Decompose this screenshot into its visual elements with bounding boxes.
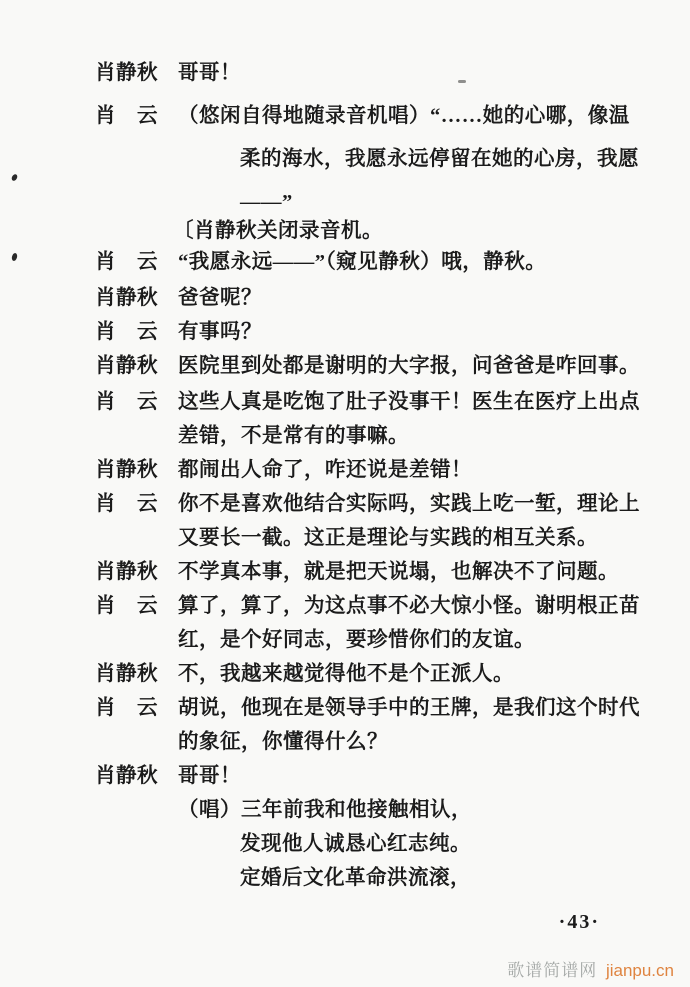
script-line: 肖 云 你不是喜欢他结合实际吗，实践上吃一堑，理论上 bbox=[95, 487, 650, 521]
stage-direction: 〔肖静秋关闭录音机。 bbox=[173, 214, 650, 248]
script-line: 肖 云 这些人真是吃饱了肚子没事干！医生在医疗上出点 bbox=[95, 385, 650, 419]
dialogue-text: 医院里到处都是谢明的大字报，问爸爸是咋回事。 bbox=[178, 349, 650, 383]
speaker-name: 肖 云 bbox=[95, 487, 178, 521]
speaker-name: 肖 云 bbox=[95, 315, 178, 349]
script-line: 柔的海水，我愿永远停留在她的心房，我愿 bbox=[95, 142, 650, 176]
speaker-name: 肖静秋 bbox=[95, 657, 178, 691]
dialogue-text: 红，是个好同志，要珍惜你们的友谊。 bbox=[178, 623, 650, 657]
speaker-name: 肖 云 bbox=[95, 691, 178, 725]
dialogue-text: 哥哥！ bbox=[178, 56, 650, 90]
watermark: 歌谱简谱网 jianpu.cn bbox=[507, 961, 674, 981]
page-number: ·43· bbox=[95, 905, 650, 939]
speaker-name: 肖静秋 bbox=[95, 555, 178, 589]
script-line: （唱）三年前我和他接触相认， bbox=[95, 793, 650, 827]
song-line: 定婚后文化革命洪流滚， bbox=[178, 861, 650, 895]
speaker-name: 肖 云 bbox=[95, 245, 178, 279]
script-line: 肖 云 算了，算了，为这点事不必大惊小怪。谢明根正苗 bbox=[95, 589, 650, 623]
song-cue: （唱）三年前我和他接触相认， bbox=[178, 793, 650, 827]
script-line: 的象征，你懂得什么？ bbox=[95, 725, 650, 759]
script-text-block: 肖静秋 哥哥！ 肖 云 （悠闲自得地随录音机唱）“……她的心哪，像温 柔的海水，… bbox=[95, 56, 650, 939]
speaker-name: 肖静秋 bbox=[95, 453, 178, 487]
speaker-name: 肖静秋 bbox=[95, 349, 178, 383]
script-line: 肖静秋 哥哥！ bbox=[95, 56, 650, 90]
script-line: 肖静秋 爸爸呢？ bbox=[95, 281, 650, 315]
dialogue-text: “我愿永远——”（窥见静秋）哦，静秋。 bbox=[178, 245, 650, 279]
dialogue-text: 哥哥！ bbox=[178, 759, 650, 793]
watermark-site-name: 歌谱简谱网 bbox=[507, 961, 597, 980]
script-line: 肖静秋 不，我越来越觉得他不是个正派人。 bbox=[95, 657, 650, 691]
book-page: 肖静秋 哥哥！ 肖 云 （悠闲自得地随录音机唱）“……她的心哪，像温 柔的海水，… bbox=[0, 0, 690, 987]
dialogue-text: 柔的海水，我愿永远停留在她的心房，我愿 bbox=[178, 142, 650, 176]
dialogue-text: 这些人真是吃饱了肚子没事干！医生在医疗上出点 bbox=[178, 385, 650, 419]
dialogue-text: （悠闲自得地随录音机唱）“……她的心哪，像温 bbox=[178, 99, 650, 133]
dialogue-text: 的象征，你懂得什么？ bbox=[178, 725, 650, 759]
script-line: 差错，不是常有的事嘛。 bbox=[95, 419, 650, 453]
speaker-name: 肖 云 bbox=[95, 589, 178, 623]
script-line: 肖 云 “我愿永远——”（窥见静秋）哦，静秋。 bbox=[95, 245, 650, 279]
script-line: 发现他人诚恳心红志纯。 bbox=[95, 827, 650, 861]
script-line: 肖 云 （悠闲自得地随录音机唱）“……她的心哪，像温 bbox=[95, 99, 650, 133]
dialogue-text: 爸爸呢？ bbox=[178, 281, 650, 315]
dialogue-text: 不学真本事，就是把天说塌，也解决不了问题。 bbox=[178, 555, 650, 589]
script-line: 〔肖静秋关闭录音机。 bbox=[95, 214, 650, 248]
dialogue-text: 不，我越来越觉得他不是个正派人。 bbox=[178, 657, 650, 691]
watermark-site-url: jianpu.cn bbox=[606, 961, 674, 980]
script-line: 肖 云 有事吗？ bbox=[95, 315, 650, 349]
speaker-name: 肖 云 bbox=[95, 99, 178, 133]
script-line: 红，是个好同志，要珍惜你们的友谊。 bbox=[95, 623, 650, 657]
dialogue-text: 你不是喜欢他结合实际吗，实践上吃一堑，理论上 bbox=[178, 487, 650, 521]
ink-speck bbox=[11, 173, 19, 182]
speaker-name: 肖 云 bbox=[95, 385, 178, 419]
dialogue-text: 差错，不是常有的事嘛。 bbox=[178, 419, 650, 453]
script-line: 肖静秋 不学真本事，就是把天说塌，也解决不了问题。 bbox=[95, 555, 650, 589]
dialogue-text: 都闹出人命了，咋还说是差错！ bbox=[178, 453, 650, 487]
song-line: 发现他人诚恳心红志纯。 bbox=[178, 827, 650, 861]
script-line: 肖静秋 医院里到处都是谢明的大字报，问爸爸是咋回事。 bbox=[95, 349, 650, 383]
speaker-name: 肖静秋 bbox=[95, 281, 178, 315]
dialogue-text: 有事吗？ bbox=[178, 315, 650, 349]
script-line: 又要长一截。这正是理论与实践的相互关系。 bbox=[95, 521, 650, 555]
script-line: 肖 云 胡说，他现在是领导手中的王牌，是我们这个时代 bbox=[95, 691, 650, 725]
ink-speck bbox=[11, 252, 18, 261]
speaker-name: 肖静秋 bbox=[95, 759, 178, 793]
script-line: 定婚后文化革命洪流滚， bbox=[95, 861, 650, 895]
script-line: 肖静秋 都闹出人命了，咋还说是差错！ bbox=[95, 453, 650, 487]
script-line: 肖静秋 哥哥！ bbox=[95, 759, 650, 793]
dialogue-text: 又要长一截。这正是理论与实践的相互关系。 bbox=[178, 521, 650, 555]
speaker-name: 肖静秋 bbox=[95, 56, 178, 90]
dialogue-text: 胡说，他现在是领导手中的王牌，是我们这个时代 bbox=[178, 691, 650, 725]
dialogue-text: 算了，算了，为这点事不必大惊小怪。谢明根正苗 bbox=[178, 589, 650, 623]
